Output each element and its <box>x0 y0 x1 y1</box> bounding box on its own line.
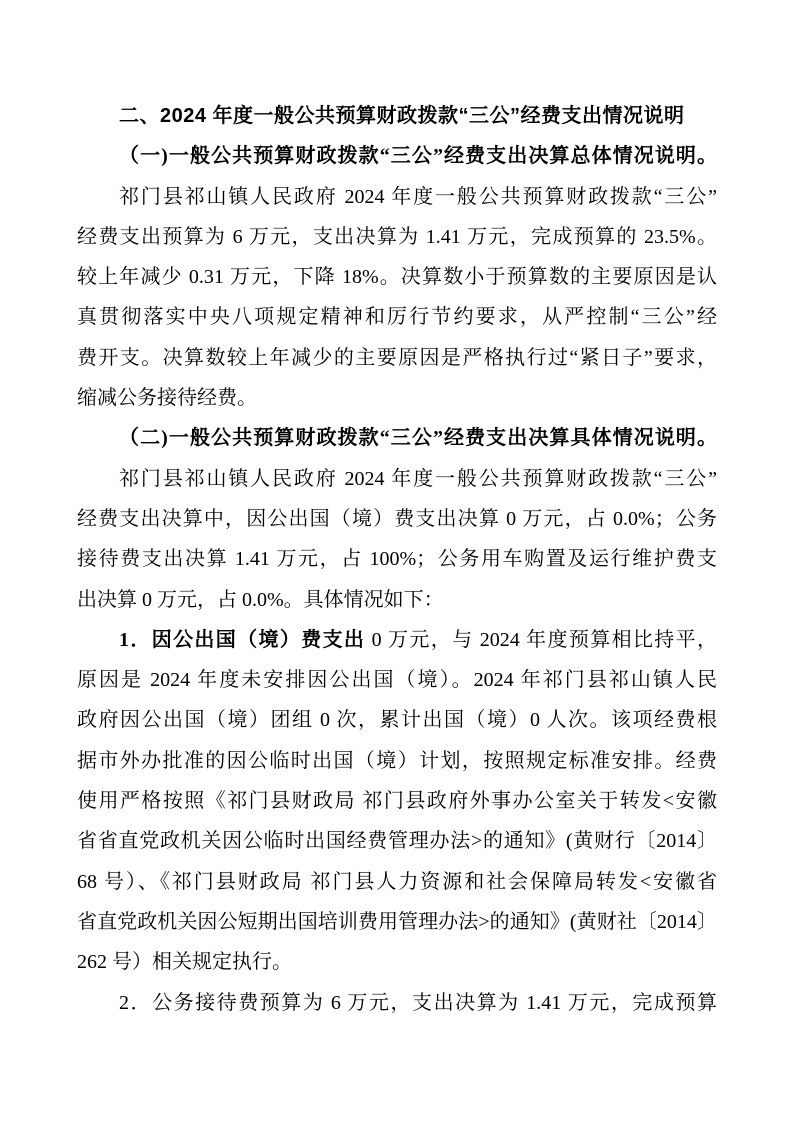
text-line: 省直党政机关因公短期出国培训费用管理办法>的通知》(黄财社〔2014〕 <box>77 902 717 942</box>
text-segment: 68 号）、《祁门县财政局 祁门县人力资源和社会保障局转发<安徽省 <box>77 871 717 893</box>
text-line: 262 号）相关规定执行。 <box>77 942 717 982</box>
document-content: 二、2024 年度一般公共预算财政拨款“三公”经费支出情况说明（一)一般公共预算… <box>77 96 717 1023</box>
text-segment: 政府因公出国（境）团组 0 次，累计出国（境）0 人次。该项经费根 <box>77 709 717 731</box>
text-line: 经费支出决算中，因公出国（境）费支出决算 0 万元，占 0.0%；公务 <box>77 499 717 539</box>
text-line: 缩减公务接待经费。 <box>77 378 717 418</box>
text-segment: 省直党政机关因公短期出国培训费用管理办法>的通知》(黄财社〔2014〕 <box>77 911 717 933</box>
text-segment: （二)一般公共预算财政拨款“三公”经费支出决算具体情况说明。 <box>119 427 717 449</box>
text-segment: 二、2024 年度一般公共预算财政拨款“三公”经费支出情况说明 <box>119 105 685 127</box>
text-segment: 缩减公务接待经费。 <box>77 387 257 409</box>
text-segment: 1．因公出国（境）费支出 <box>119 629 365 651</box>
text-line: 真贯彻落实中央八项规定精神和厉行节约要求，从严控制“三公”经 <box>77 297 717 337</box>
text-segment: 经费支出预算为 6 万元，支出决算为 1.41 万元，完成预算的 23.5%。 <box>77 226 717 248</box>
text-segment: 祁门县祁山镇人民政府 2024 年度一般公共预算财政拨款“三公” <box>119 468 717 490</box>
text-line: 经费支出预算为 6 万元，支出决算为 1.41 万元，完成预算的 23.5%。 <box>77 217 717 257</box>
text-segment: 262 号）相关规定执行。 <box>77 951 292 973</box>
text-segment: 省省直党政机关因公临时出国经费管理办法>的通知》(黄财行〔2014〕 <box>77 830 717 852</box>
text-line: 省省直党政机关因公临时出国经费管理办法>的通知》(黄财行〔2014〕 <box>77 821 717 861</box>
text-line: 较上年减少 0.31 万元，下降 18%。决算数小于预算数的主要原因是认 <box>77 257 717 297</box>
text-segment: （一)一般公共预算财政拨款“三公”经费支出决算总体情况说明。 <box>119 145 717 167</box>
text-segment: 祁门县祁山镇人民政府 2024 年度一般公共预算财政拨款“三公” <box>119 186 717 208</box>
text-segment: 经费支出决算中，因公出国（境）费支出决算 0 万元，占 0.0%；公务 <box>77 508 717 530</box>
text-line: 出决算 0 万元，占 0.0%。具体情况如下： <box>77 580 717 620</box>
text-segment: 0 万元，与 2024 年度预算相比持平， <box>365 629 717 651</box>
document-page: 二、2024 年度一般公共预算财政拨款“三公”经费支出情况说明（一)一般公共预算… <box>0 0 794 1122</box>
text-segment: 费开支。决算数较上年减少的主要原因是严格执行过“紧日子”要求， <box>77 347 717 369</box>
text-segment: 出决算 0 万元，占 0.0%。具体情况如下： <box>77 589 444 611</box>
text-line: 1．因公出国（境）费支出 0 万元，与 2024 年度预算相比持平， <box>77 620 717 660</box>
sub-heading: （二)一般公共预算财政拨款“三公”经费支出决算具体情况说明。 <box>77 418 717 458</box>
text-line: 政府因公出国（境）团组 0 次，累计出国（境）0 人次。该项经费根 <box>77 700 717 740</box>
text-segment: 真贯彻落实中央八项规定精神和厉行节约要求，从严控制“三公”经 <box>77 306 717 328</box>
text-line: 68 号）、《祁门县财政局 祁门县人力资源和社会保障局转发<安徽省 <box>77 862 717 902</box>
section-heading: 二、2024 年度一般公共预算财政拨款“三公”经费支出情况说明 <box>77 96 717 136</box>
text-line: 2．公务接待费预算为 6 万元，支出决算为 1.41 万元，完成预算 <box>77 983 717 1023</box>
text-segment: 使用严格按照《祁门县财政局 祁门县政府外事办公室关于转发<安徽 <box>77 790 717 812</box>
text-line: 祁门县祁山镇人民政府 2024 年度一般公共预算财政拨款“三公” <box>77 459 717 499</box>
text-line: 接待费支出决算 1.41 万元，占 100%；公务用车购置及运行维护费支 <box>77 539 717 579</box>
text-line: 费开支。决算数较上年减少的主要原因是严格执行过“紧日子”要求， <box>77 338 717 378</box>
text-line: 据市外办批准的因公临时出国（境）计划，按照规定标准安排。经费 <box>77 741 717 781</box>
text-segment: 原因是 2024 年度未安排因公出国（境）。2024 年祁门县祁山镇人民 <box>77 669 717 691</box>
text-line: 原因是 2024 年度未安排因公出国（境）。2024 年祁门县祁山镇人民 <box>77 660 717 700</box>
text-segment: 接待费支出决算 1.41 万元，占 100%；公务用车购置及运行维护费支 <box>77 548 717 570</box>
text-segment: 据市外办批准的因公临时出国（境）计划，按照规定标准安排。经费 <box>77 750 717 772</box>
text-line: 祁门县祁山镇人民政府 2024 年度一般公共预算财政拨款“三公” <box>77 177 717 217</box>
text-segment: 2．公务接待费预算为 6 万元，支出决算为 1.41 万元，完成预算 <box>119 992 717 1014</box>
text-line: 使用严格按照《祁门县财政局 祁门县政府外事办公室关于转发<安徽 <box>77 781 717 821</box>
sub-heading: （一)一般公共预算财政拨款“三公”经费支出决算总体情况说明。 <box>77 136 717 176</box>
text-segment: 较上年减少 0.31 万元，下降 18%。决算数小于预算数的主要原因是认 <box>77 266 717 288</box>
